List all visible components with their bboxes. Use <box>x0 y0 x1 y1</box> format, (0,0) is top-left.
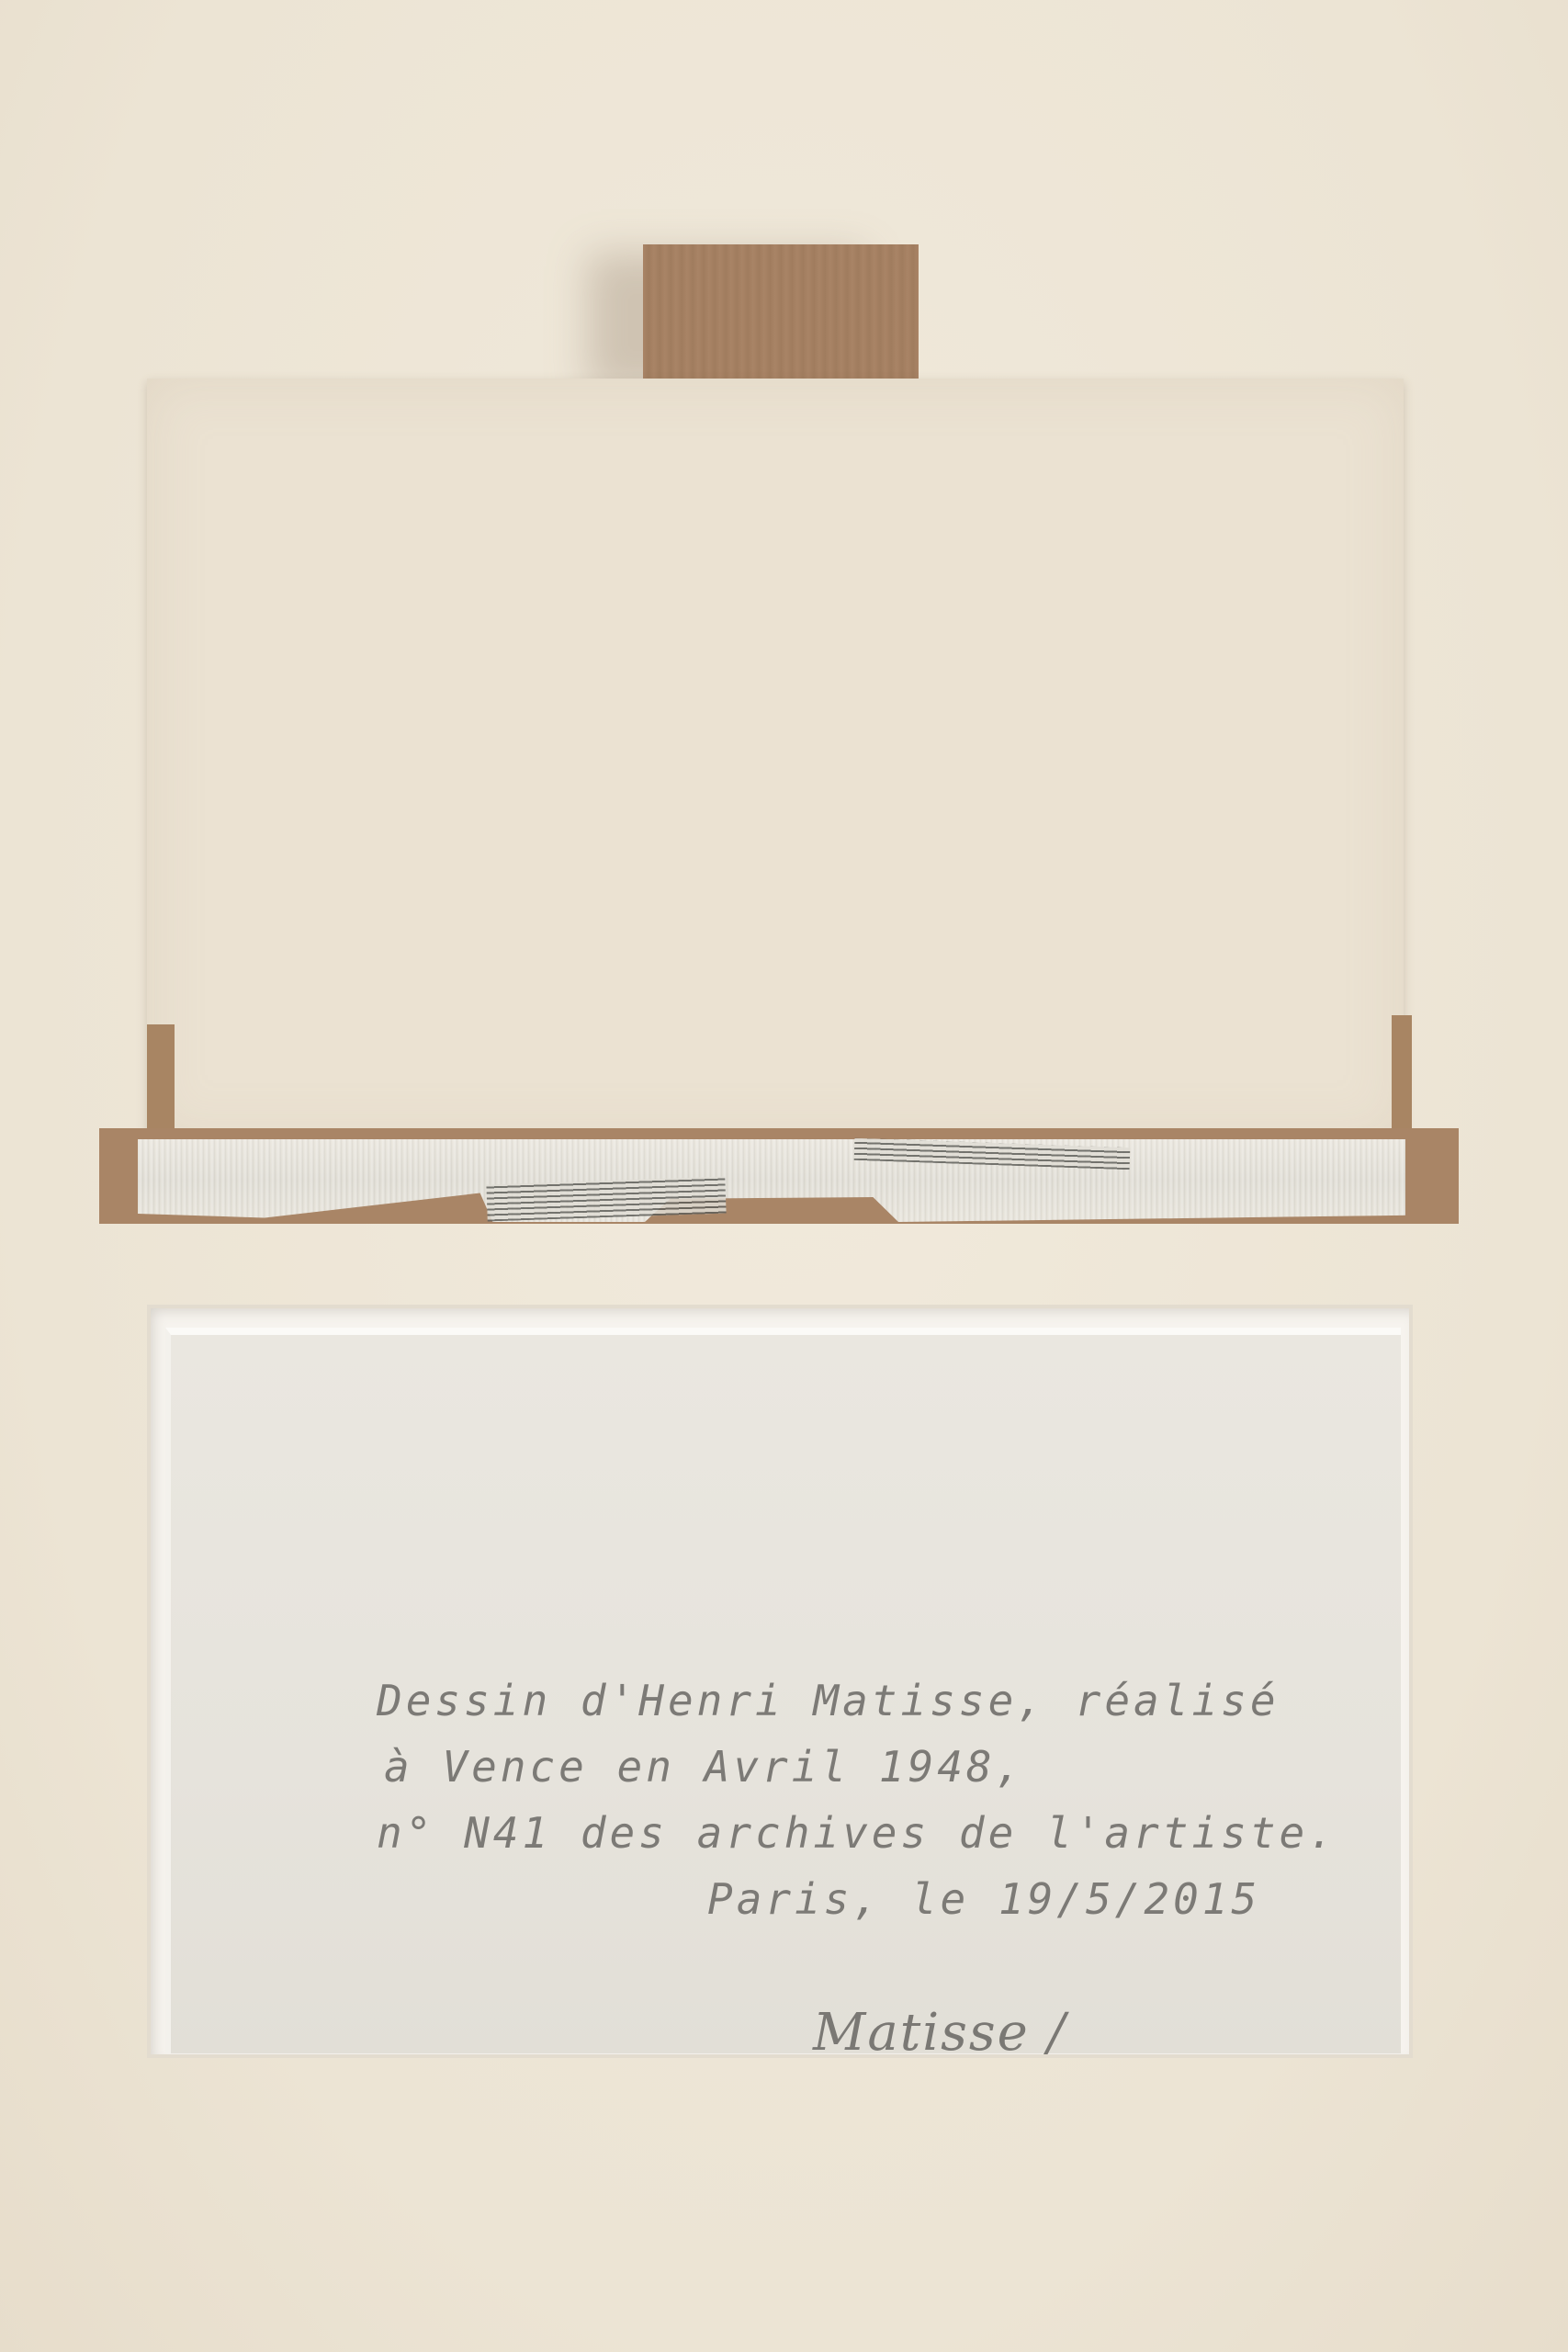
side-tape-right <box>1392 1015 1412 1135</box>
inscription-line: n° N41 des archives de l'artiste. <box>377 1800 1387 1866</box>
backing-card <box>147 379 1404 1141</box>
hanging-tape <box>643 244 919 382</box>
handwritten-inscription: Dessin d'Henri Matisse, réalisé à Vence … <box>377 1668 1387 1932</box>
inscription-date: Paris, le 19/5/2015 <box>377 1866 1387 1932</box>
inscription-line: à Vence en Avril 1948, <box>377 1734 1387 1800</box>
signature: Matisse / <box>813 2003 1066 2063</box>
side-tape-left <box>147 1024 175 1144</box>
inscription-line: Dessin d'Henri Matisse, réalisé <box>377 1668 1387 1734</box>
